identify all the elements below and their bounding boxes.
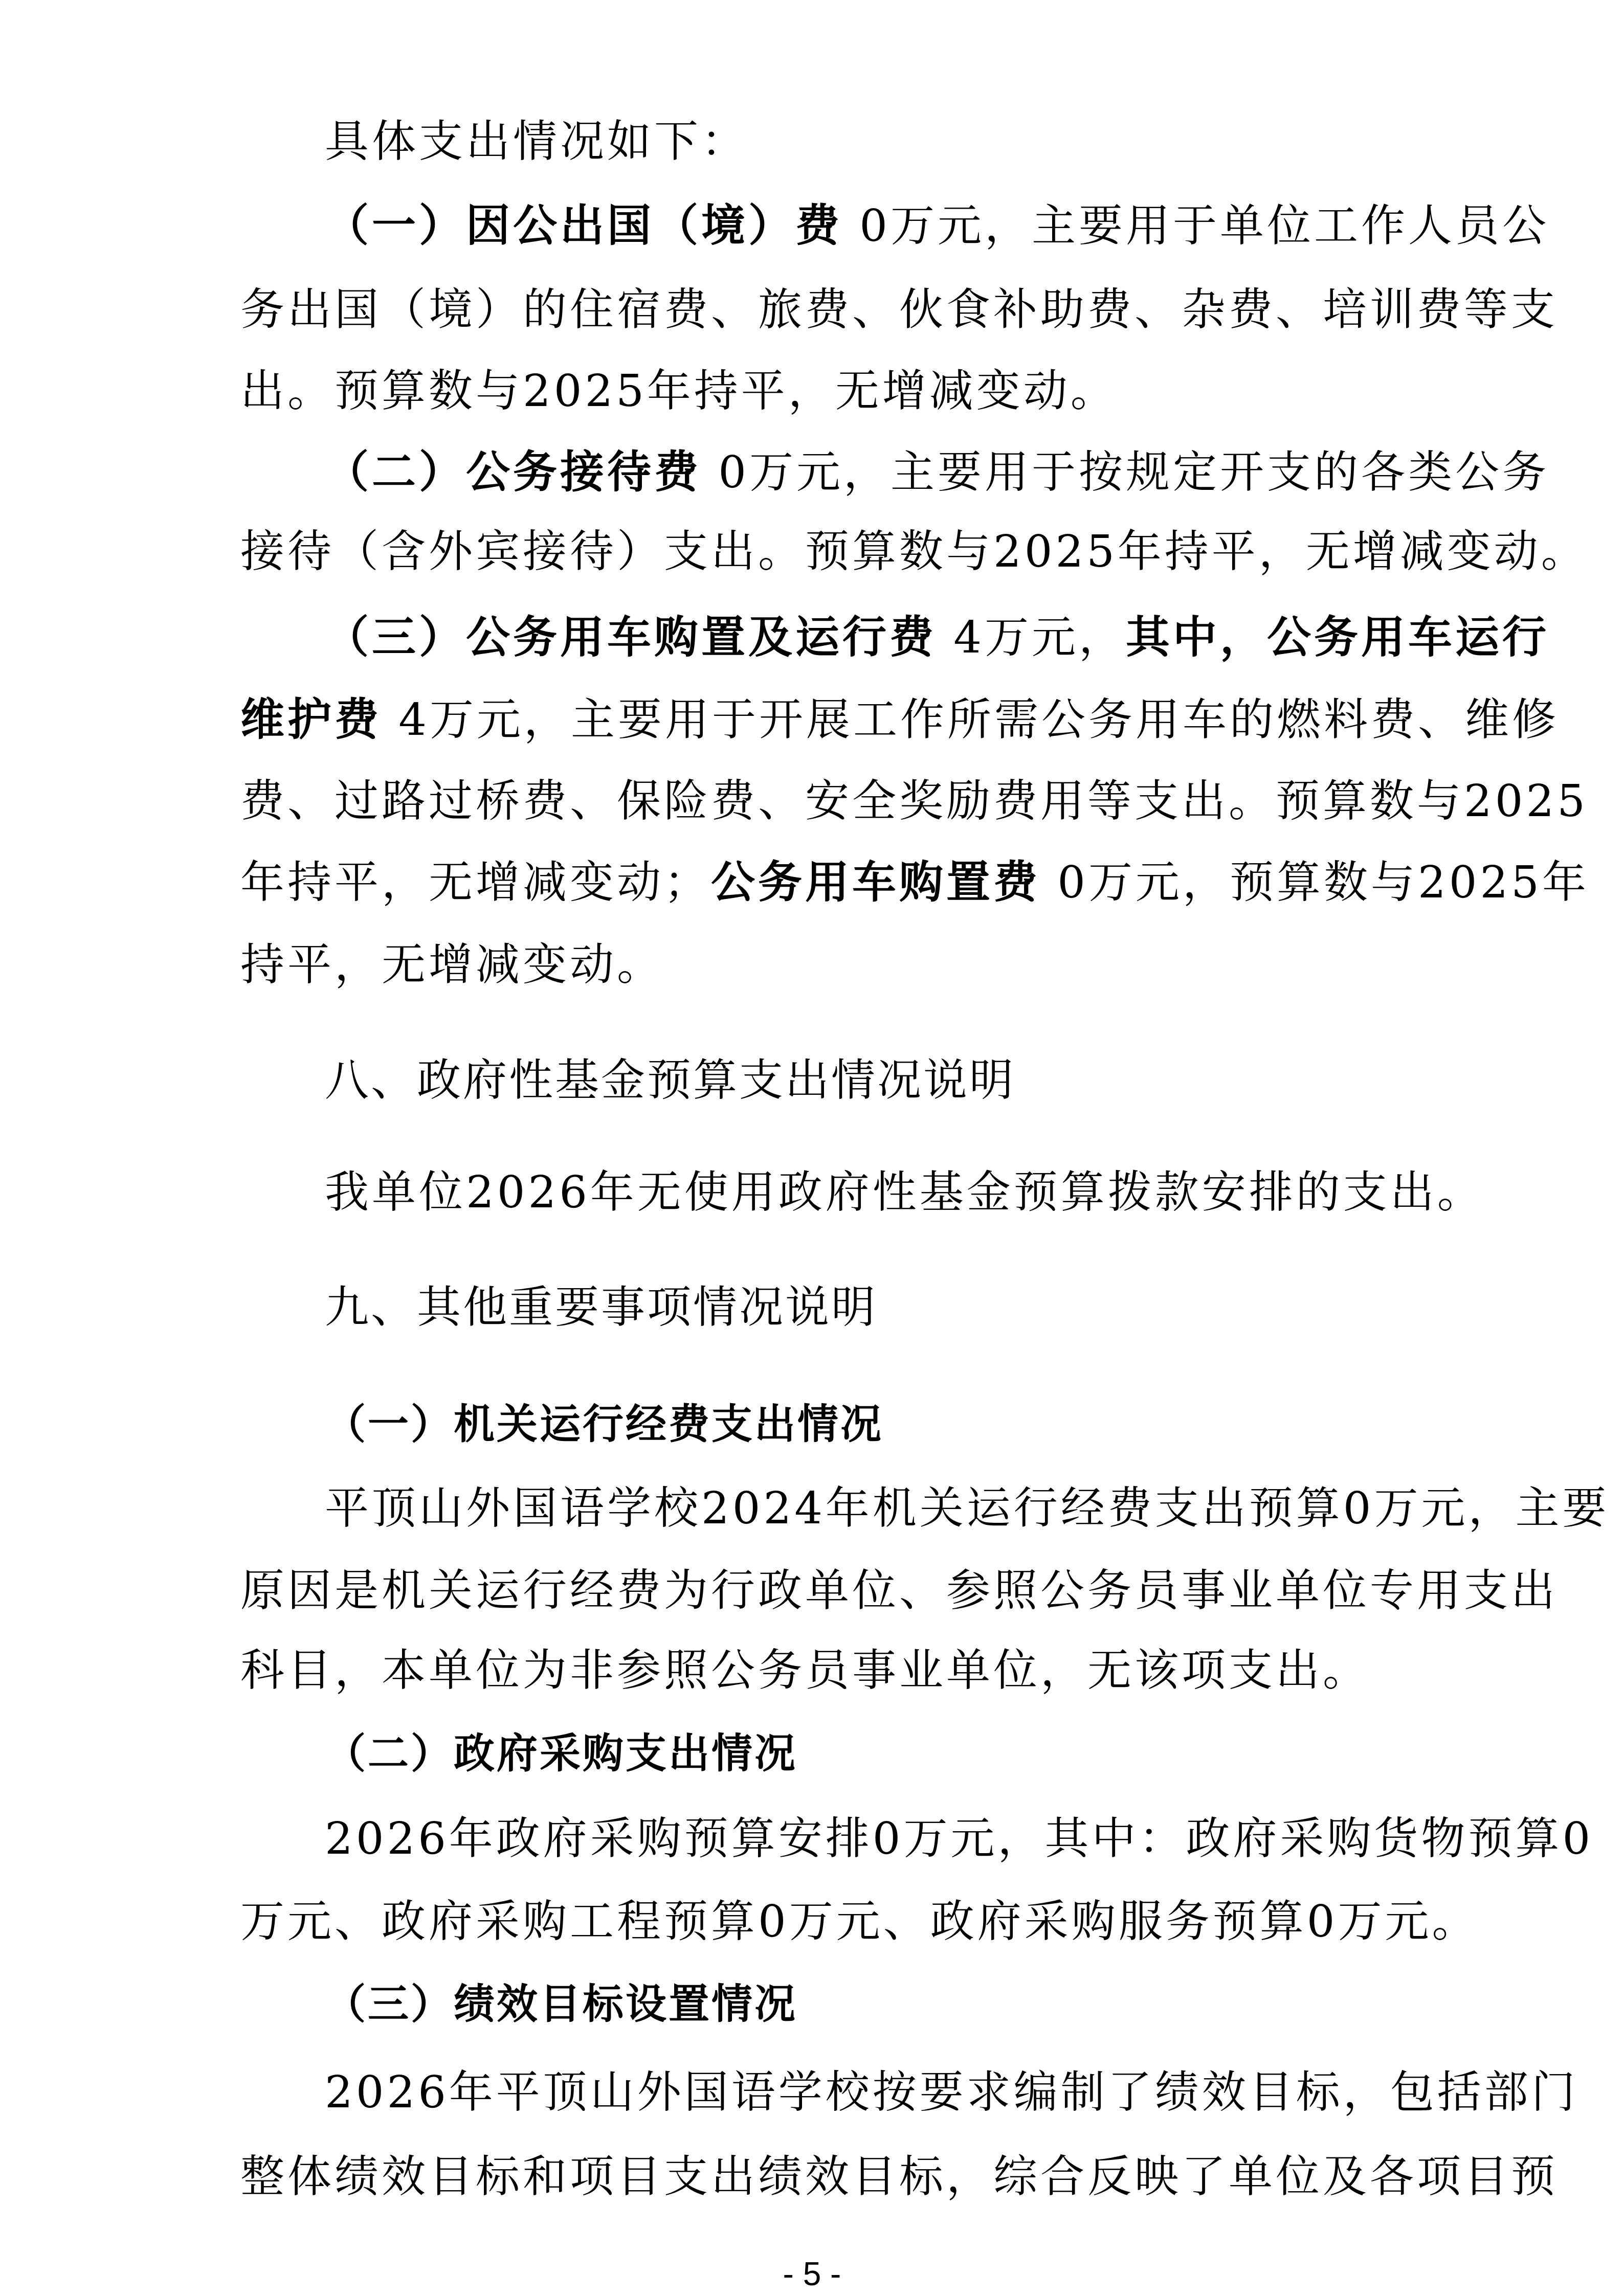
- item-2-line-2: 接待（含外宾接待）支出。预算数与2025年持平，无增减变动。: [240, 526, 1413, 577]
- page-number: - 5 -: [0, 2255, 1624, 2293]
- sub2-line-2: 万元、政府采购工程预算0万元、政府采购服务预算0万元。: [240, 1896, 1413, 1947]
- section-9-heading: 九、其他重要事项情况说明: [325, 1282, 1413, 1333]
- sub3-line-2: 整体绩效目标和项目支出绩效目标，综合反映了单位及各项目预: [240, 2151, 1413, 2202]
- item-3-line-2: 维护费 4万元，主要用于开展工作所需公务用车的燃料费、维修: [240, 694, 1413, 746]
- section-9-sub1-heading: （一）机关运行经费支出情况: [325, 1399, 1413, 1450]
- item-3-title: （三）公务用车购置及运行费: [325, 612, 937, 663]
- section-8-body: 我单位2026年无使用政府性基金预算拨款安排的支出。: [325, 1167, 1413, 1218]
- item-3-line-3: 费、过路过桥费、保险费、安全奖励费用等支出。预算数与2025: [240, 776, 1413, 827]
- item-1-line-3: 出。预算数与2025年持平，无增减变动。: [240, 366, 1413, 417]
- section-9-sub2-heading: （二）政府采购支出情况: [325, 1728, 1413, 1779]
- item-3-line-4: 年持平，无增减变动；公务用车购置费 0万元，预算数与2025年: [240, 857, 1413, 908]
- section-8-heading: 八、政府性基金预算支出情况说明: [325, 1055, 1413, 1106]
- item-1-line-2: 务出国（境）的住宿费、旅费、伙食补助费、杂费、培训费等支: [240, 284, 1413, 335]
- sub1-line-2: 原因是机关运行经费为行政单位、参照公务员事业单位专用支出: [240, 1565, 1413, 1616]
- item-3-line-5: 持平，无增减变动。: [240, 939, 1413, 991]
- item-1-title: （一）因公出国（境）费: [325, 200, 842, 252]
- sub1-line-3: 科目，本单位为非参照公务员事业单位，无该项支出。: [240, 1645, 1413, 1696]
- item-1-line-1: （一）因公出国（境）费 0万元，主要用于单位工作人员公: [325, 200, 1413, 252]
- sub3-line-1: 2026年平顶山外国语学校按要求编制了绩效目标，包括部门: [325, 2067, 1413, 2118]
- vehicle-purchase-title: 公务用车购置费: [711, 857, 1040, 908]
- section-9-sub3-heading: （三）绩效目标设置情况: [325, 1978, 1413, 2030]
- intro-text: 具体支出情况如下：: [325, 116, 1413, 167]
- item-3-line-1: （三）公务用车购置及运行费 4万元，其中，公务用车运行: [325, 612, 1413, 663]
- sub1-line-1: 平顶山外国语学校2024年机关运行经费支出预算0万元，主要: [325, 1483, 1413, 1534]
- document-page: 具体支出情况如下： （一）因公出国（境）费 0万元，主要用于单位工作人员公 务出…: [0, 0, 1624, 2296]
- item-2-title: （二）公务接待费: [325, 447, 701, 498]
- item-2-line-1: （二）公务接待费 0万元，主要用于按规定开支的各类公务: [325, 447, 1413, 498]
- sub2-line-1: 2026年政府采购预算安排0万元，其中：政府采购货物预算0: [325, 1813, 1413, 1864]
